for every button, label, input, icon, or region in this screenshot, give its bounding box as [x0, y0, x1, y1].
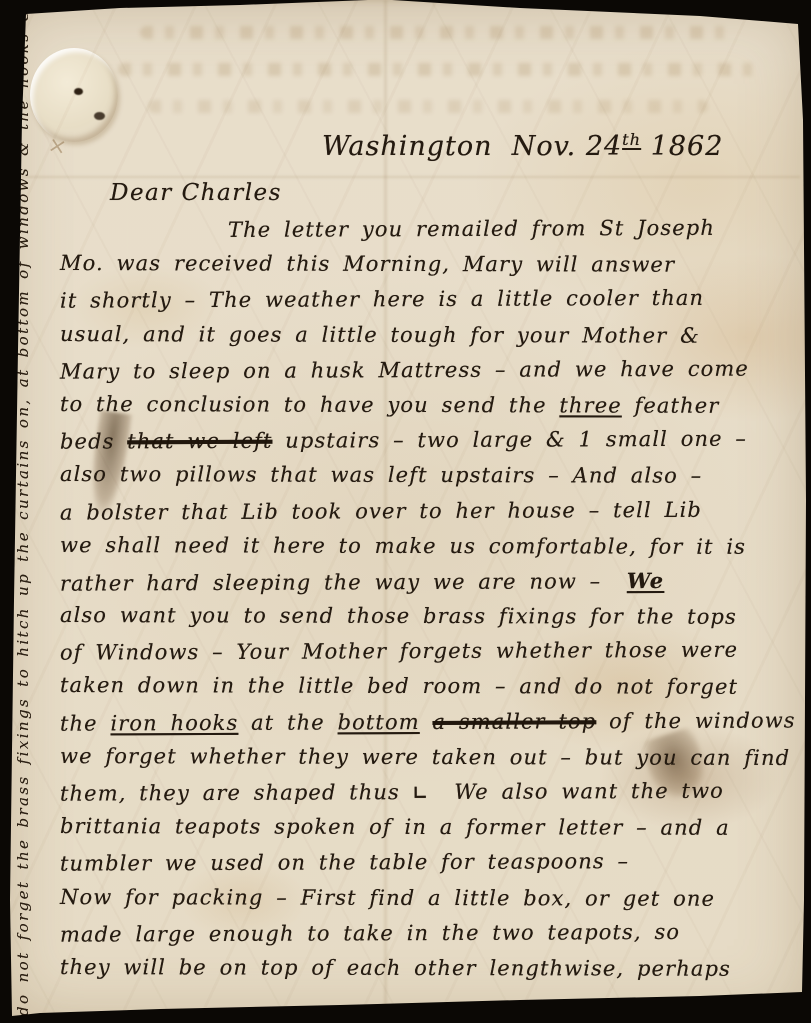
bleed-through-line: [118, 63, 763, 76]
text-segment: upstairs – two large & 1 small one –: [272, 427, 747, 453]
text-segment: a smaller top: [432, 709, 596, 734]
body-line: Mary to sleep on a husk Mattress – and w…: [60, 356, 805, 394]
text-segment: made large enough to take in the two tea…: [60, 920, 680, 947]
text-segment: Mary to sleep on a husk Mattress – and w…: [60, 356, 749, 383]
embossed-paper-seal: [30, 48, 118, 142]
body-line: rather hard sleeping the way we are now …: [60, 567, 805, 605]
letter-paper: × Washington Nov. 24th 1862 Dear Charles…: [0, 0, 811, 1023]
text-segment: it shortly – The weather here is a littl…: [60, 286, 704, 313]
text-segment: we shall need it here to make us comfort…: [60, 533, 746, 559]
text-segment: Nov. 24: [512, 131, 622, 162]
text-segment: taken down in the little bed room – and …: [60, 673, 738, 699]
text-segment: 1862: [641, 131, 723, 162]
letter-scan: × Washington Nov. 24th 1862 Dear Charles…: [0, 0, 811, 1023]
body-line: made large enough to take in the two tea…: [60, 919, 805, 957]
ink-speck: [94, 112, 105, 120]
text-segment: Mo. was received this Morning, Mary will…: [60, 251, 675, 277]
text-segment: rather hard sleeping the way we are now …: [60, 569, 627, 595]
body-line: them, they are shaped thus ∟ We also wan…: [60, 778, 805, 816]
body-line: it shortly – The weather here is a littl…: [60, 286, 805, 324]
pencil-x-mark: ×: [46, 132, 69, 160]
ink-speck: [74, 88, 83, 95]
body-line: of Windows – Your Mother forgets whether…: [60, 638, 805, 676]
body-line: taken down in the little bed room – and …: [60, 673, 805, 710]
body-line: brittania teapots spoken of in a former …: [60, 814, 805, 851]
text-segment: The letter you remailed from St Joseph: [228, 216, 715, 242]
body-line: they will be on top of each other length…: [60, 955, 805, 992]
body-line: the iron hooks at the bottom a smaller t…: [60, 708, 805, 746]
dateline: Washington Nov. 24th 1862: [322, 130, 723, 162]
text-segment: We also want the two: [429, 779, 724, 804]
text-segment: Washington: [322, 131, 512, 162]
text-segment: of the windows: [596, 708, 795, 733]
text-segment: we forget whether they were taken out – …: [60, 744, 790, 770]
text-segment: Now for packing – First find a little bo…: [60, 885, 715, 911]
body-line: also two pillows that was left upstairs …: [60, 462, 805, 499]
body-line: The letter you remailed from St Joseph: [60, 215, 805, 253]
margin-note: do not forget the brass fixings to hitch…: [14, 24, 32, 1016]
text-segment: feather: [622, 393, 720, 417]
body-line: Now for packing – First find a little bo…: [60, 885, 805, 922]
body-line: we shall need it here to make us comfort…: [60, 533, 805, 570]
text-segment: bottom: [338, 710, 420, 734]
text-segment: them, they are shaped thus: [60, 780, 413, 806]
text-segment: ∟: [413, 783, 429, 804]
text-segment: at the: [238, 710, 337, 734]
bleed-through-line: [148, 100, 708, 113]
text-segment: tumbler we used on the table for teaspoo…: [60, 850, 629, 876]
body-line: also want you to send those brass fixing…: [60, 603, 805, 640]
text-segment: iron hooks: [110, 710, 238, 735]
text-segment: We: [627, 568, 665, 593]
text-segment: also want you to send those brass fixing…: [60, 603, 737, 629]
text-segment: of Windows – Your Mother forgets whether…: [60, 638, 738, 665]
salutation: Dear Charles: [110, 180, 282, 206]
text-segment: they will be on top of each other length…: [60, 955, 731, 981]
text-segment: the: [60, 711, 111, 735]
body-line: tumbler we used on the table for teaspoo…: [60, 849, 805, 887]
text-segment: a bolster that Lib took over to her hous…: [60, 497, 702, 524]
text-segment: to the conclusion to have you send the: [60, 392, 559, 417]
text-segment: [420, 710, 433, 734]
body-line: Mo. was received this Morning, Mary will…: [60, 251, 805, 288]
body-line: usual, and it goes a little tough for yo…: [60, 322, 805, 359]
text-segment: th: [622, 130, 641, 149]
text-segment: also two pillows that was left upstairs …: [60, 462, 702, 488]
body-line: we forget whether they were taken out – …: [60, 744, 805, 781]
letter-body: The letter you remailed from St JosephMo…: [60, 217, 805, 991]
text-segment: brittania teapots spoken of in a former …: [60, 814, 730, 840]
text-segment: beds: [60, 429, 127, 453]
horizontal-crease: [20, 176, 800, 178]
text-segment: that we left: [127, 429, 272, 454]
bleed-through-line: [140, 26, 740, 39]
body-line: beds that we left upstairs – two large &…: [60, 426, 805, 464]
text-segment: usual, and it goes a little tough for yo…: [60, 322, 700, 348]
body-line: to the conclusion to have you send the t…: [60, 392, 805, 429]
body-line: a bolster that Lib took over to her hous…: [60, 497, 805, 535]
text-segment: three: [559, 393, 621, 417]
